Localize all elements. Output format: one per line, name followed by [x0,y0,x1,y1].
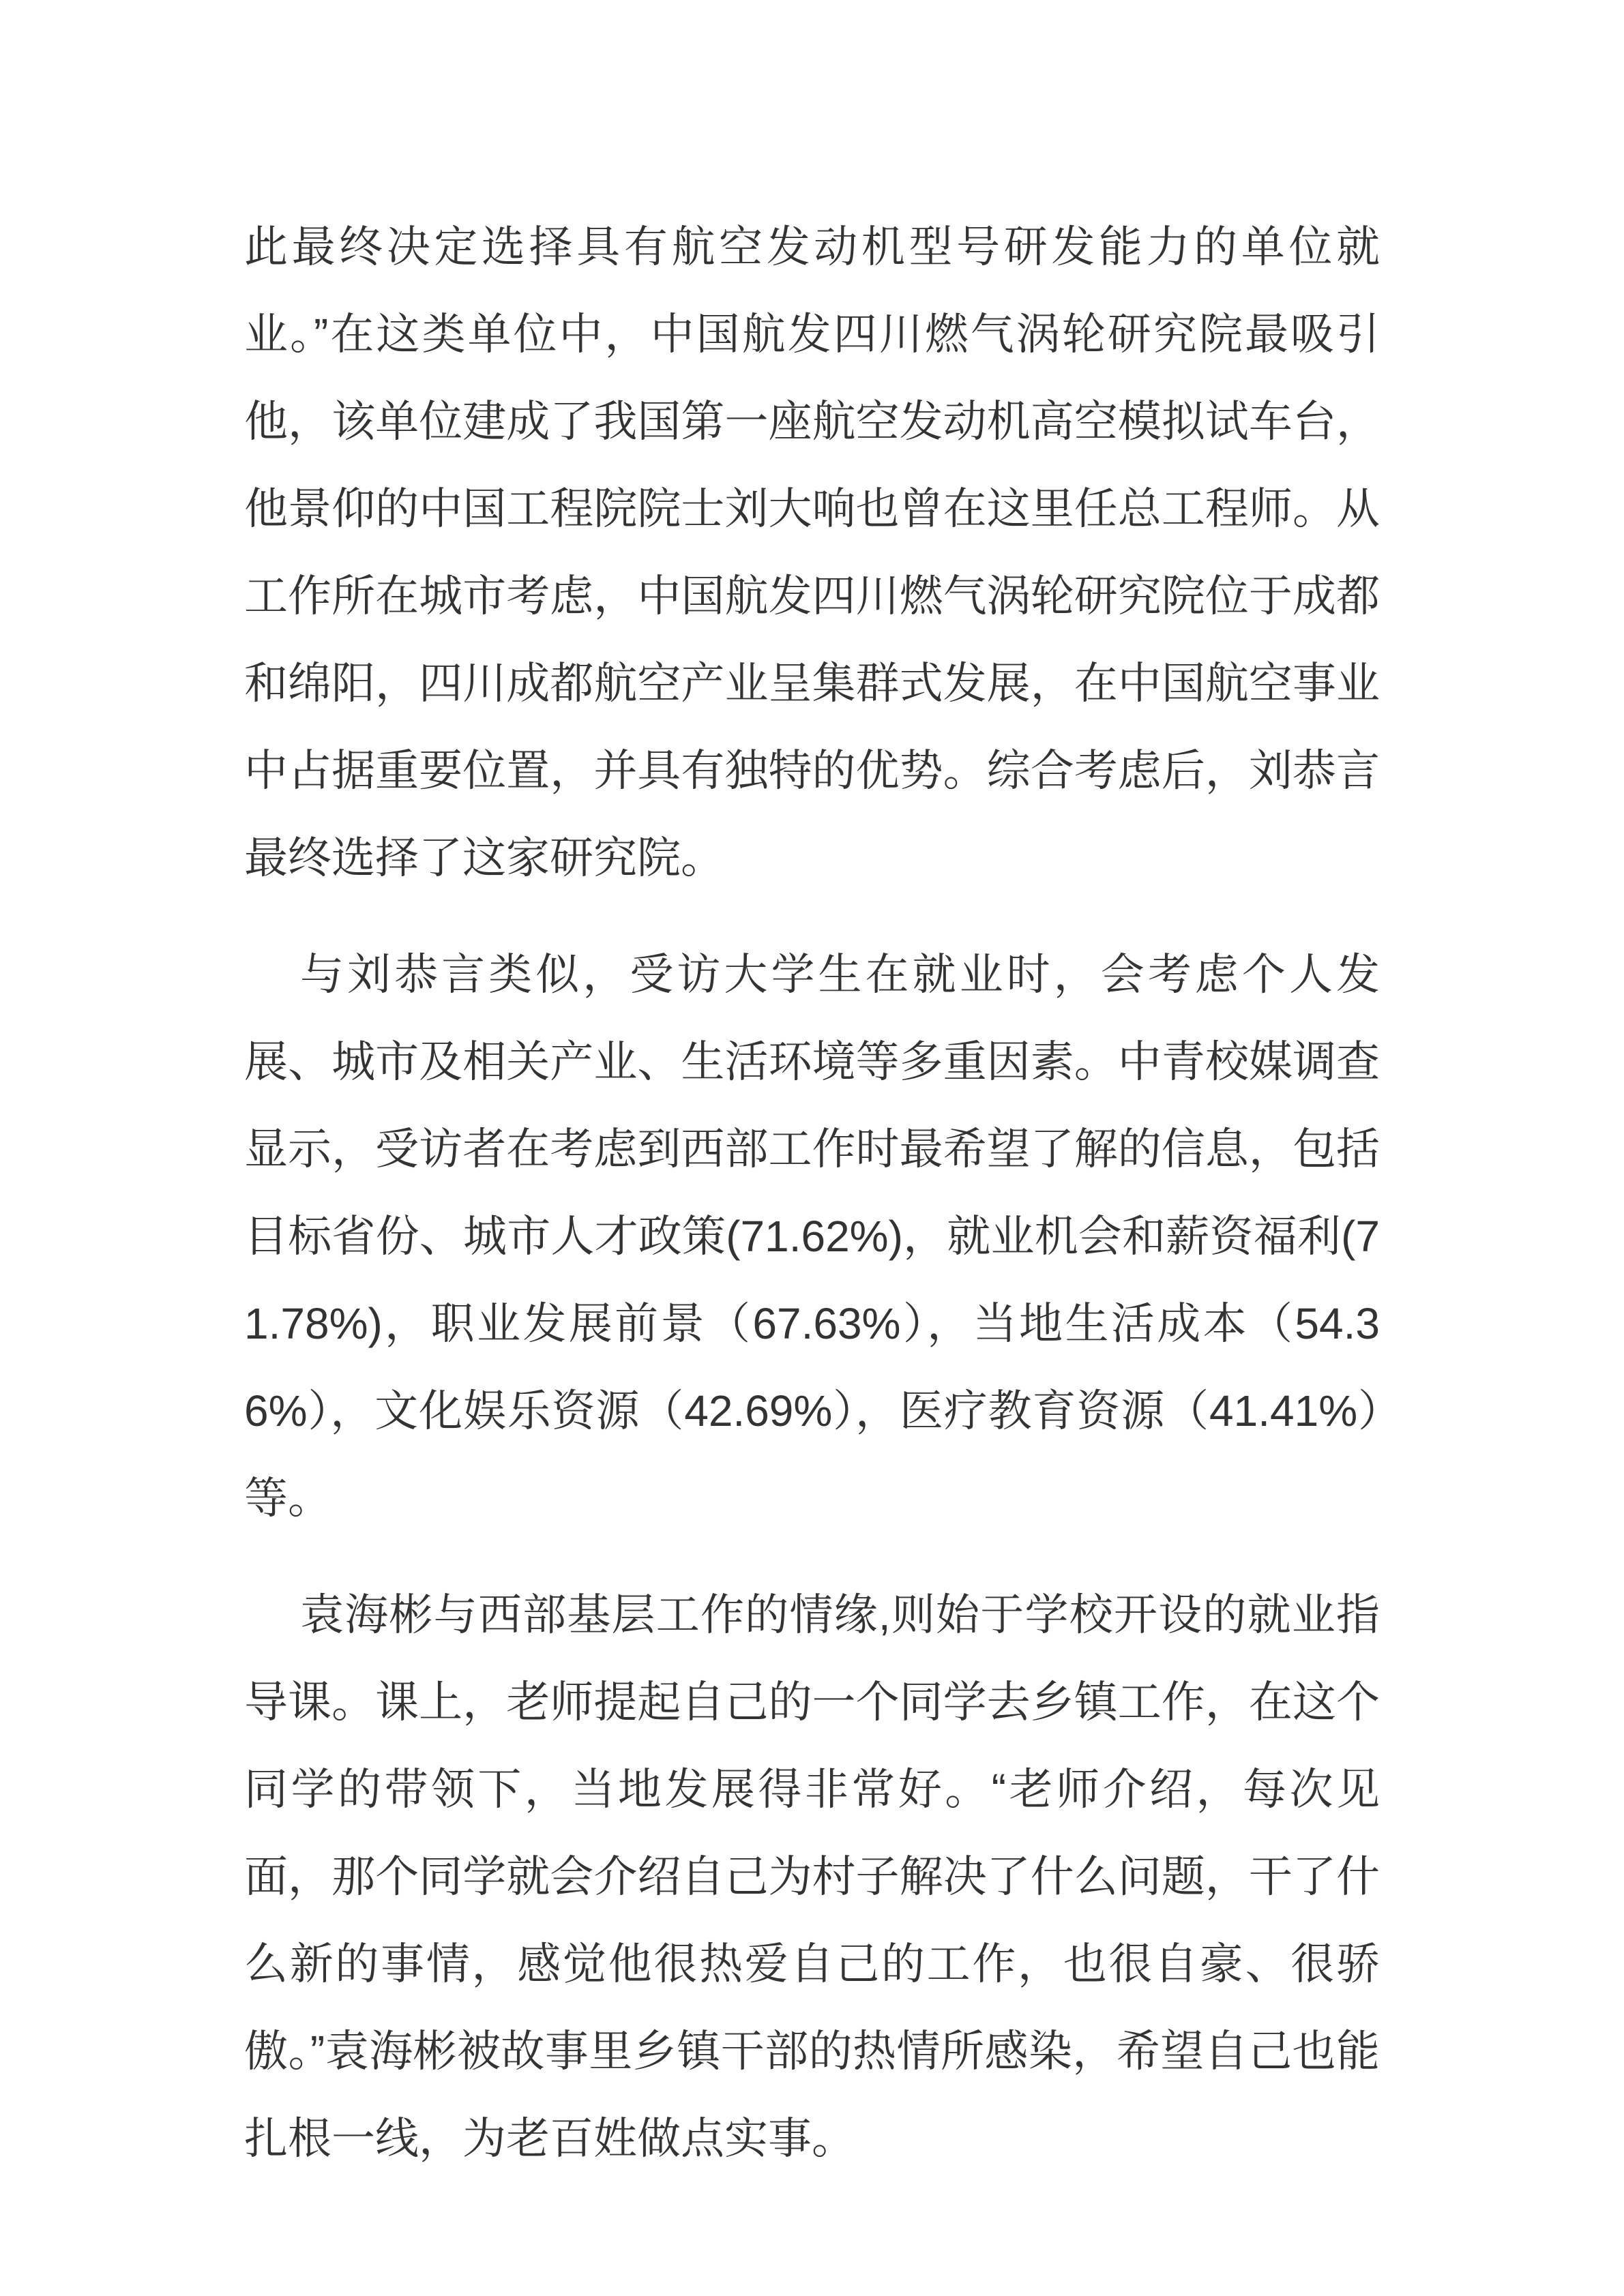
paragraph-survey-statistics: 与刘恭言类似，受访大学生在就业时，会考虑个人发展、城市及相关产业、生活环境等多重… [244,931,1380,1542]
article-body: 此最终决定选择具有航空发动机型号研发能力的单位就业。”在这类单位中，中国航发四川… [244,0,1380,2182]
paragraph-employment-choice: 此最终决定选择具有航空发动机型号研发能力的单位就业。”在这类单位中，中国航发四川… [244,203,1380,901]
article-page: 此最终决定选择具有航空发动机型号研发能力的单位就业。”在这类单位中，中国航发四川… [0,0,1624,2182]
paragraph-yuanhaibin-story: 袁海彬与西部基层工作的情缘,则始于学校开设的就业指导课。课上，老师提起自己的一个… [244,1571,1380,2182]
